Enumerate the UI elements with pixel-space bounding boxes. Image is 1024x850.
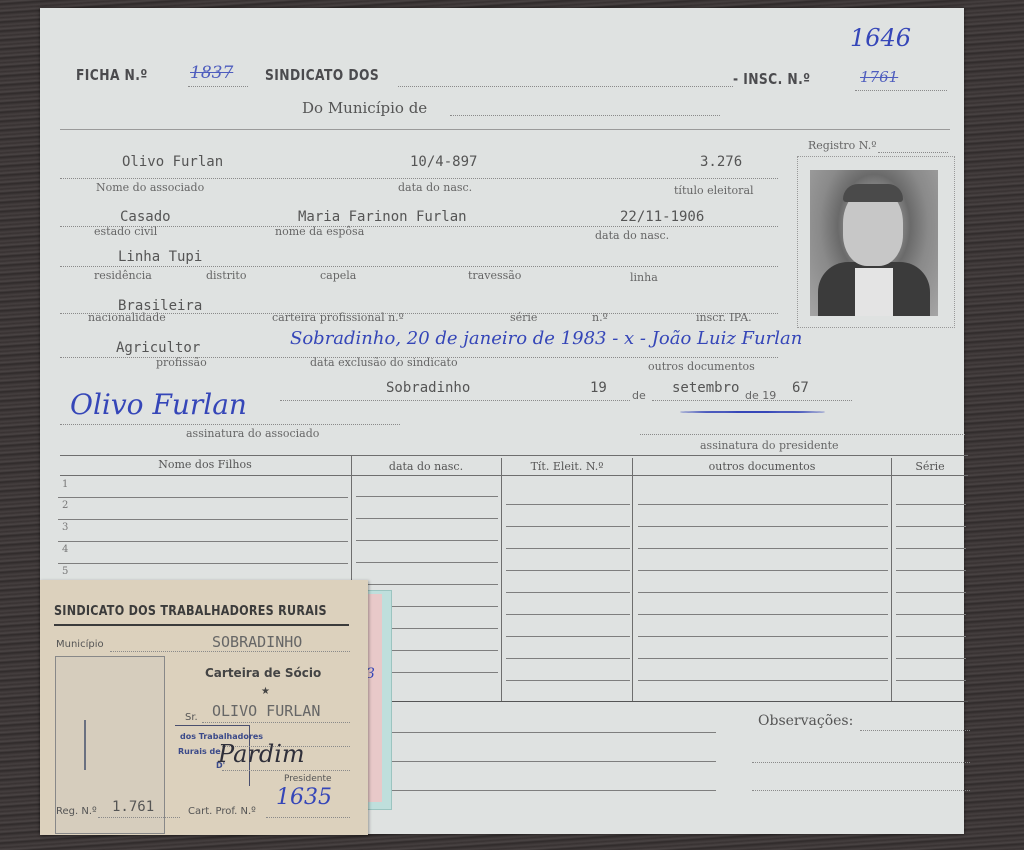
nome-esposa-label: nome da espôsa bbox=[275, 225, 364, 238]
profissao-value: Agricultor bbox=[116, 340, 200, 356]
card-title: SINDICATO DOS TRABALHADORES RURAIS bbox=[54, 604, 327, 619]
insc-label: - INSC. N.º bbox=[733, 70, 811, 88]
date-underline bbox=[680, 411, 825, 413]
local-value: Sobradinho bbox=[386, 380, 470, 396]
member-card: SINDICATO DOS TRABALHADORES RURAIS Munic… bbox=[40, 580, 368, 835]
estado-civil-value: Casado bbox=[120, 209, 171, 225]
row-number-3: 3 bbox=[62, 522, 68, 533]
residencia-value: Linha Tupi bbox=[118, 249, 202, 265]
nome-label: Nome do associado bbox=[96, 181, 204, 194]
portrait-photo bbox=[810, 170, 938, 316]
corner-number: 1646 bbox=[850, 24, 911, 52]
row-number-5: 5 bbox=[62, 566, 68, 577]
inscr-ipa-label: inscr. IPA. bbox=[696, 311, 752, 324]
nome-value: Olivo Furlan bbox=[122, 154, 223, 170]
municipio-label: Do Município de bbox=[302, 99, 427, 117]
th-outros-documentos: outros documentos bbox=[632, 460, 892, 473]
card-reg-label: Reg. N.º bbox=[56, 806, 97, 817]
residencia-label: residência bbox=[94, 269, 152, 282]
handwritten-exclusion-note: Sobradinho, 20 de janeiro de 1983 - x - … bbox=[290, 328, 802, 349]
data-nasc-esposa-value: 22/11-1906 bbox=[620, 209, 704, 225]
data-nasc-value: 10/4-897 bbox=[410, 154, 477, 170]
ficha-number: 1837 bbox=[190, 63, 233, 83]
observacoes-label: Observações: bbox=[758, 713, 853, 729]
card-photo-mark bbox=[84, 720, 86, 770]
profissao-label: profissão bbox=[156, 356, 207, 369]
outros-documentos-label: outros documentos bbox=[648, 360, 755, 373]
mes-value: setembro bbox=[672, 380, 739, 396]
capela-label: capela bbox=[320, 269, 356, 282]
card-star-icon: ★ bbox=[261, 686, 270, 697]
data-nasc-esposa-label: data do nasc. bbox=[595, 229, 669, 242]
carteira-profissional-label: carteira profissional n.º bbox=[272, 311, 404, 324]
ficha-label: FICHA N.º bbox=[76, 66, 148, 84]
travessao-label: travessão bbox=[468, 269, 521, 282]
card-sr-label: Sr. bbox=[185, 712, 198, 723]
row-number-4: 4 bbox=[62, 544, 68, 555]
assinatura-associado-label: assinatura do associado bbox=[186, 427, 319, 440]
insc-number: 1761 bbox=[860, 68, 898, 86]
estado-civil-label: estado civil bbox=[94, 225, 157, 238]
card-municipio-value: SOBRADINHO bbox=[212, 633, 302, 651]
linha-label: linha bbox=[630, 271, 658, 284]
de-label-1: de bbox=[632, 389, 646, 402]
row-number-2: 2 bbox=[62, 500, 68, 511]
dia-value: 19 bbox=[590, 380, 607, 396]
data-exclusao-label: data exclusão do sindicato bbox=[310, 356, 458, 369]
th-serie: Série bbox=[892, 460, 968, 473]
data-nasc-label: data do nasc. bbox=[398, 181, 472, 194]
card-member-name: OLIVO FURLAN bbox=[212, 702, 320, 720]
card-cart-prof-value: 1635 bbox=[276, 785, 332, 810]
card-presidente-label: Presidente bbox=[284, 774, 332, 784]
assinatura-presidente-label: assinatura do presidente bbox=[700, 439, 839, 452]
ano-value: 67 bbox=[792, 380, 809, 396]
serie-label: série bbox=[510, 311, 537, 324]
th-data-nasc: data do nasc. bbox=[352, 460, 500, 473]
titulo-eleitoral-value: 3.276 bbox=[700, 154, 742, 170]
president-signature: Pardim bbox=[218, 740, 305, 768]
row-number-1: 1 bbox=[62, 479, 68, 490]
nacionalidade-label: nacionalidade bbox=[88, 311, 166, 324]
distrito-label: distrito bbox=[206, 269, 246, 282]
card-type: Carteira de Sócio bbox=[205, 666, 321, 680]
th-nome-filhos: Nome dos Filhos bbox=[60, 458, 350, 471]
th-tit-eleit: Tít. Eleit. N.º bbox=[502, 460, 632, 473]
stamp-line-2: Rurais de bbox=[178, 747, 221, 756]
nome-esposa-value: Maria Farinon Furlan bbox=[298, 209, 467, 225]
registro-label: Registro N.º bbox=[808, 139, 876, 152]
card-reg-value: 1.761 bbox=[112, 799, 154, 815]
numero-label: n.º bbox=[592, 311, 608, 324]
member-signature: Olivo Furlan bbox=[70, 388, 247, 421]
card-cart-prof-label: Cart. Prof. N.º bbox=[188, 806, 256, 817]
titulo-eleitoral-label: título eleitoral bbox=[674, 184, 754, 197]
sindicato-label: SINDICATO DOS bbox=[265, 66, 379, 84]
card-municipio-label: Município bbox=[56, 639, 104, 650]
